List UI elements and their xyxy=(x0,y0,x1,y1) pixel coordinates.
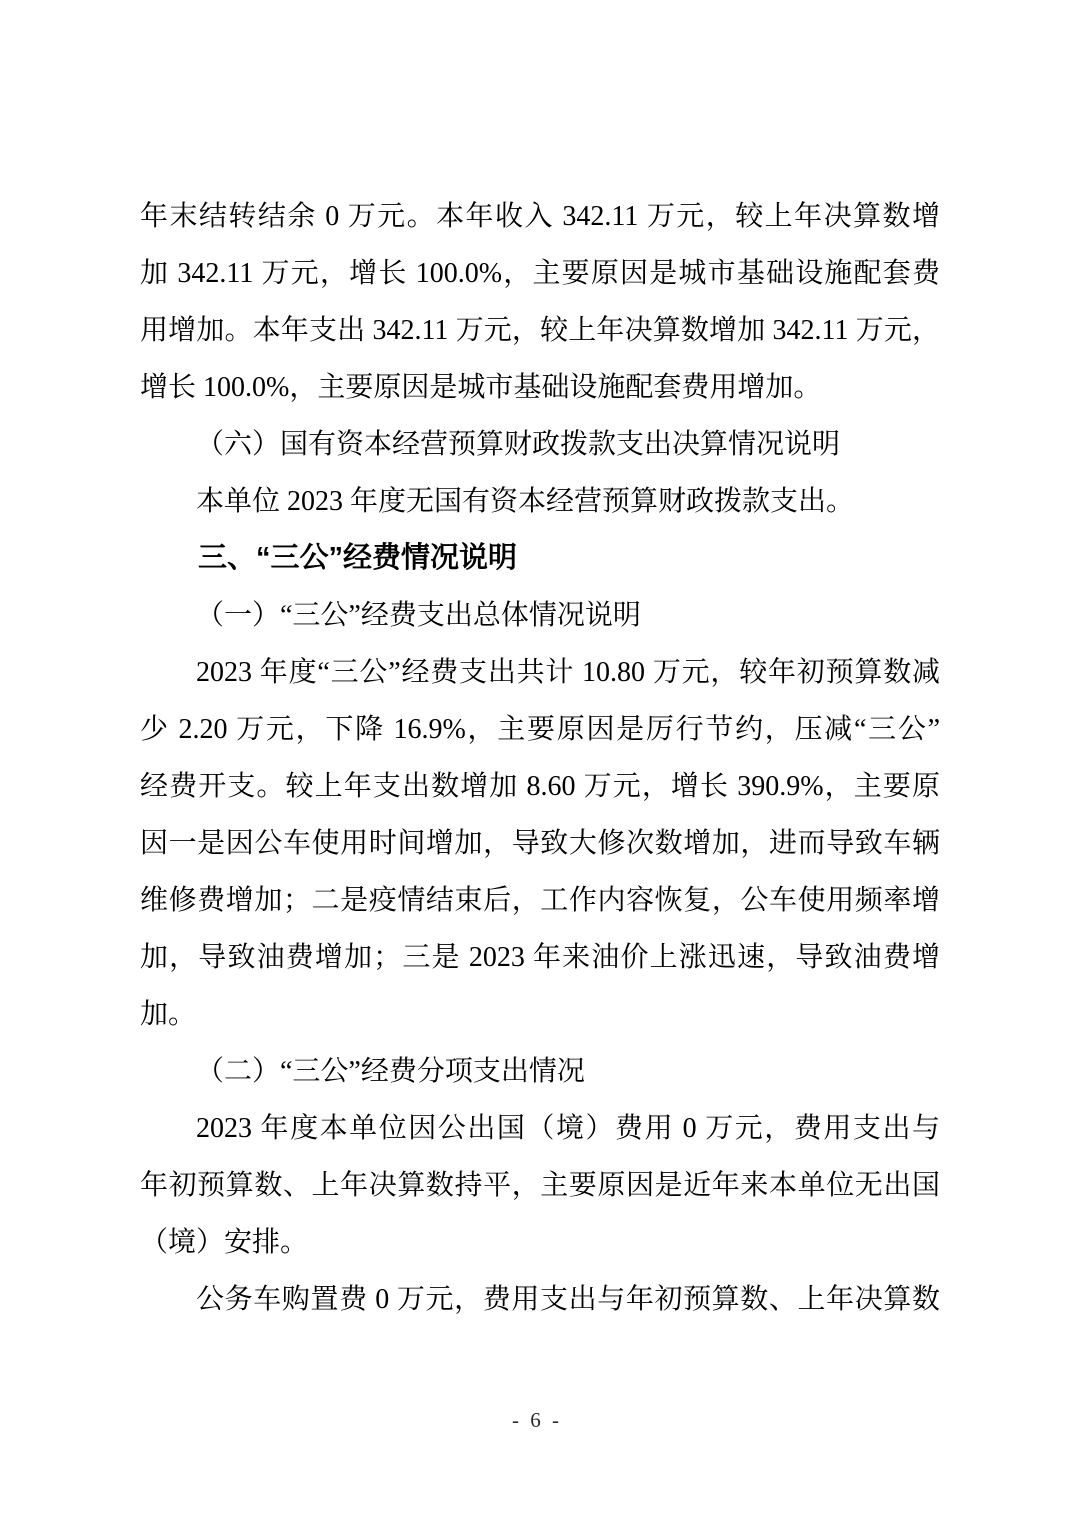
body-line: 加。 xyxy=(140,986,940,1043)
section-heading: 三、“三公”经费情况说明 xyxy=(140,530,940,587)
page-number: - 6 - xyxy=(512,1408,562,1432)
page-footer: - 6 - xyxy=(0,1406,1074,1434)
body-line: 2023 年度“三公”经费支出共计 10.80 万元，较年初预算数减 xyxy=(140,644,940,701)
body-line: 年初预算数、上年决算数持平，主要原因是近年来本单位无出国 xyxy=(140,1157,940,1214)
body-line: 少 2.20 万元，下降 16.9%，主要原因是厉行节约，压减“三公” xyxy=(140,701,940,758)
document-page: 年末结转结余 0 万元。本年收入 342.11 万元，较上年决算数增 加 342… xyxy=(0,0,1074,1520)
body-line: 加，导致油费增加；三是 2023 年来油价上涨迅速，导致油费增 xyxy=(140,929,940,986)
body-line: 公务车购置费 0 万元，费用支出与年初预算数、上年决算数 xyxy=(140,1271,940,1328)
body-line: 因一是因公车使用时间增加，导致大修次数增加，进而导致车辆 xyxy=(140,815,940,872)
body-line: （境）安排。 xyxy=(140,1214,940,1271)
body-line: 加 342.11 万元，增长 100.0%，主要原因是城市基础设施配套费 xyxy=(140,245,940,302)
document-body: 年末结转结余 0 万元。本年收入 342.11 万元，较上年决算数增 加 342… xyxy=(140,188,940,1328)
subsection-heading: （六）国有资本经营预算财政拨款支出决算情况说明 xyxy=(140,416,940,473)
subsection-heading: （二）“三公”经费分项支出情况 xyxy=(140,1043,940,1100)
body-line: 本单位 2023 年度无国有资本经营预算财政拨款支出。 xyxy=(140,473,940,530)
body-line: 2023 年度本单位因公出国（境）费用 0 万元，费用支出与 xyxy=(140,1100,940,1157)
body-line: 年末结转结余 0 万元。本年收入 342.11 万元，较上年决算数增 xyxy=(140,188,940,245)
body-line: 增长 100.0%，主要原因是城市基础设施配套费用增加。 xyxy=(140,359,940,416)
body-line: 经费开支。较上年支出数增加 8.60 万元，增长 390.9%，主要原 xyxy=(140,758,940,815)
body-line: 用增加。本年支出 342.11 万元，较上年决算数增加 342.11 万元， xyxy=(140,302,940,359)
subsection-heading: （一）“三公”经费支出总体情况说明 xyxy=(140,587,940,644)
body-line: 维修费增加；二是疫情结束后，工作内容恢复，公车使用频率增 xyxy=(140,872,940,929)
